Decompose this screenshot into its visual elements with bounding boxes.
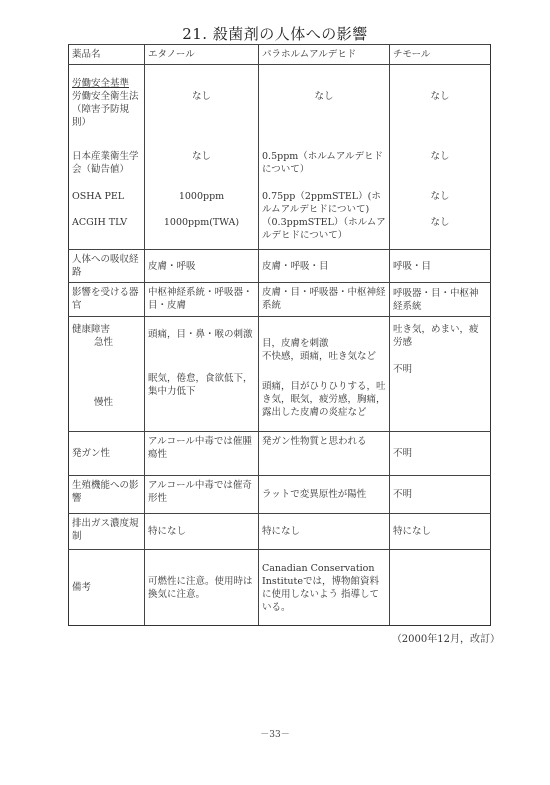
health-ethanol-cell: 頭痛，目・鼻・喉の刺激 眠気，倦怠，食欲低下，集中力低下 bbox=[145, 317, 259, 432]
carcinogenicity-ethanol: アルコール中毒では催腫瘍性 bbox=[145, 432, 259, 476]
acute-para-1: 目，皮膚を刺激 bbox=[262, 337, 386, 350]
exhaust-ethanol: 特になし bbox=[145, 514, 259, 550]
disinfectant-effects-table: 薬品名 エタノール パラホルムアルデヒド チモール 労働安全基準 労働安全衛生法… bbox=[68, 44, 491, 626]
standards-thymol-cell: なし なし なし なし bbox=[390, 65, 491, 250]
standards-paraformaldehyde-cell: なし 0.5ppm（ホルムアルデヒドについて） 0.75pp（2ppmSTEL）… bbox=[259, 65, 390, 250]
acute-label: 急性 bbox=[72, 336, 141, 396]
page-number: －33－ bbox=[0, 727, 550, 740]
exhaust-label: 排出ガス濃度規制 bbox=[69, 514, 145, 550]
standards-ethanol-cell: なし なし 1000ppm 1000ppm(TWA) bbox=[145, 65, 259, 250]
header-thymol: チモール bbox=[390, 45, 491, 65]
absorption-thymol: 呼吸・目 bbox=[390, 250, 491, 283]
absorption-ethanol: 皮膚・呼吸 bbox=[145, 250, 259, 283]
reproductive-label: 生殖機能への影響 bbox=[69, 476, 145, 514]
organs-row: 影響を受ける器官 中枢神経系統・呼吸器・目・皮膚 皮膚・目・呼吸器・中枢神経系統… bbox=[69, 283, 491, 317]
reproductive-paraformaldehyde: ラットで変異原性が陽性 bbox=[259, 476, 390, 514]
organs-thymol: 呼吸器・目・中枢神経系統 bbox=[390, 283, 491, 317]
revision-note: （2000年12月，改訂） bbox=[392, 630, 500, 645]
exhaust-paraformaldehyde: 特になし bbox=[259, 514, 390, 550]
standards-labels-cell: 労働安全基準 労働安全衛生法（障害予防規則） 日本産業衛生学会（勧告値） OSH… bbox=[69, 65, 145, 250]
ethanol-std-3: 1000ppm bbox=[148, 190, 255, 216]
reproductive-thymol: 不明 bbox=[390, 476, 491, 514]
page-title: 21. 殺菌剤の人体への影響 bbox=[0, 23, 550, 44]
standard-label-4: ACGIH TLV bbox=[72, 216, 141, 229]
para-std-3: 0.75pp（2ppmSTEL）(ホルムアルデヒドについて) bbox=[262, 190, 386, 216]
remarks-paraformaldehyde: Canadian Conservation Instituteでは，博物館資料に… bbox=[259, 550, 390, 626]
thymol-std-3: なし bbox=[393, 190, 487, 216]
ethanol-std-1: なし bbox=[148, 90, 255, 142]
health-row: 健康障害 急性 慢性 頭痛，目・鼻・喉の刺激 眠気，倦怠，食欲低下，集中力低下 … bbox=[69, 317, 491, 432]
organs-paraformaldehyde: 皮膚・目・呼吸器・中枢神経系統 bbox=[259, 283, 390, 317]
health-thymol-cell: 吐き気，めまい，疲労感 不明 bbox=[390, 317, 491, 432]
remarks-row: 備考 可燃性に注意。使用時は換気に注意。 Canadian Conservati… bbox=[69, 550, 491, 626]
chronic-para: 頭痛，目がひりひりする，吐き気，眠気，疲労感，胸痛，露出した皮膚の炎症など bbox=[262, 380, 386, 419]
ethanol-std-2: なし bbox=[148, 150, 255, 190]
remarks-thymol bbox=[390, 550, 491, 626]
organs-label: 影響を受ける器官 bbox=[69, 283, 145, 317]
para-std-1: なし bbox=[262, 90, 386, 142]
acute-para-2: 不快感，頭痛，吐き気など bbox=[262, 350, 386, 380]
thymol-std-1: なし bbox=[393, 90, 487, 142]
exhaust-thymol: 特になし bbox=[390, 514, 491, 550]
standards-heading: 労働安全基準 bbox=[72, 77, 141, 90]
remarks-label: 備考 bbox=[69, 550, 145, 626]
health-labels-cell: 健康障害 急性 慢性 bbox=[69, 317, 145, 432]
header-paraformaldehyde: パラホルムアルデヒド bbox=[259, 45, 390, 65]
standard-label-2: 日本産業衛生学会（勧告値） bbox=[72, 150, 141, 190]
absorption-row: 人体への吸収経路 皮膚・呼吸 皮膚・呼吸・目 呼吸・目 bbox=[69, 250, 491, 283]
chronic-thymol: 不明 bbox=[393, 363, 487, 376]
header-ethanol: エタノール bbox=[145, 45, 259, 65]
thymol-std-4: なし bbox=[393, 216, 487, 229]
remarks-ethanol: 可燃性に注意。使用時は換気に注意。 bbox=[145, 550, 259, 626]
ethanol-std-4: 1000ppm(TWA) bbox=[148, 216, 255, 229]
health-paraformaldehyde-cell: 目，皮膚を刺激 不快感，頭痛，吐き気など 頭痛，目がひりひりする，吐き気，眠気，… bbox=[259, 317, 390, 432]
absorption-label: 人体への吸収経路 bbox=[69, 250, 145, 283]
health-label: 健康障害 bbox=[72, 323, 141, 336]
carcinogenicity-row: 発ガン性 アルコール中毒では催腫瘍性 発ガン性物質と思われる 不明 bbox=[69, 432, 491, 476]
header-row: 薬品名 エタノール パラホルムアルデヒド チモール bbox=[69, 45, 491, 65]
organs-ethanol: 中枢神経系統・呼吸器・目・皮膚 bbox=[145, 283, 259, 317]
standard-label-3: OSHA PEL bbox=[72, 190, 141, 216]
para-std-4: （0.3ppmSTEL）（ホルムアルデヒドについて） bbox=[262, 216, 386, 242]
standards-row: 労働安全基準 労働安全衛生法（障害予防規則） 日本産業衛生学会（勧告値） OSH… bbox=[69, 65, 491, 250]
standard-label-1: 労働安全衛生法（障害予防規則） bbox=[72, 90, 141, 142]
acute-ethanol: 頭痛，目・鼻・喉の刺激 bbox=[148, 328, 255, 372]
thymol-std-2: なし bbox=[393, 150, 487, 190]
exhaust-row: 排出ガス濃度規制 特になし 特になし 特になし bbox=[69, 514, 491, 550]
chronic-ethanol: 眠気，倦怠，食欲低下，集中力低下 bbox=[148, 372, 255, 398]
reproductive-ethanol: アルコール中毒では催奇形性 bbox=[145, 476, 259, 514]
acute-thymol: 吐き気，めまい，疲労感 bbox=[393, 323, 487, 363]
chronic-label: 慢性 bbox=[72, 396, 141, 409]
header-chemical-name: 薬品名 bbox=[69, 45, 145, 65]
carcinogenicity-paraformaldehyde: 発ガン性物質と思われる bbox=[259, 432, 390, 476]
reproductive-row: 生殖機能への影響 アルコール中毒では催奇形性 ラットで変異原性が陽性 不明 bbox=[69, 476, 491, 514]
carcinogenicity-thymol: 不明 bbox=[390, 432, 491, 476]
para-std-2: 0.5ppm（ホルムアルデヒドについて） bbox=[262, 150, 386, 190]
absorption-paraformaldehyde: 皮膚・呼吸・目 bbox=[259, 250, 390, 283]
carcinogenicity-label: 発ガン性 bbox=[69, 432, 145, 476]
